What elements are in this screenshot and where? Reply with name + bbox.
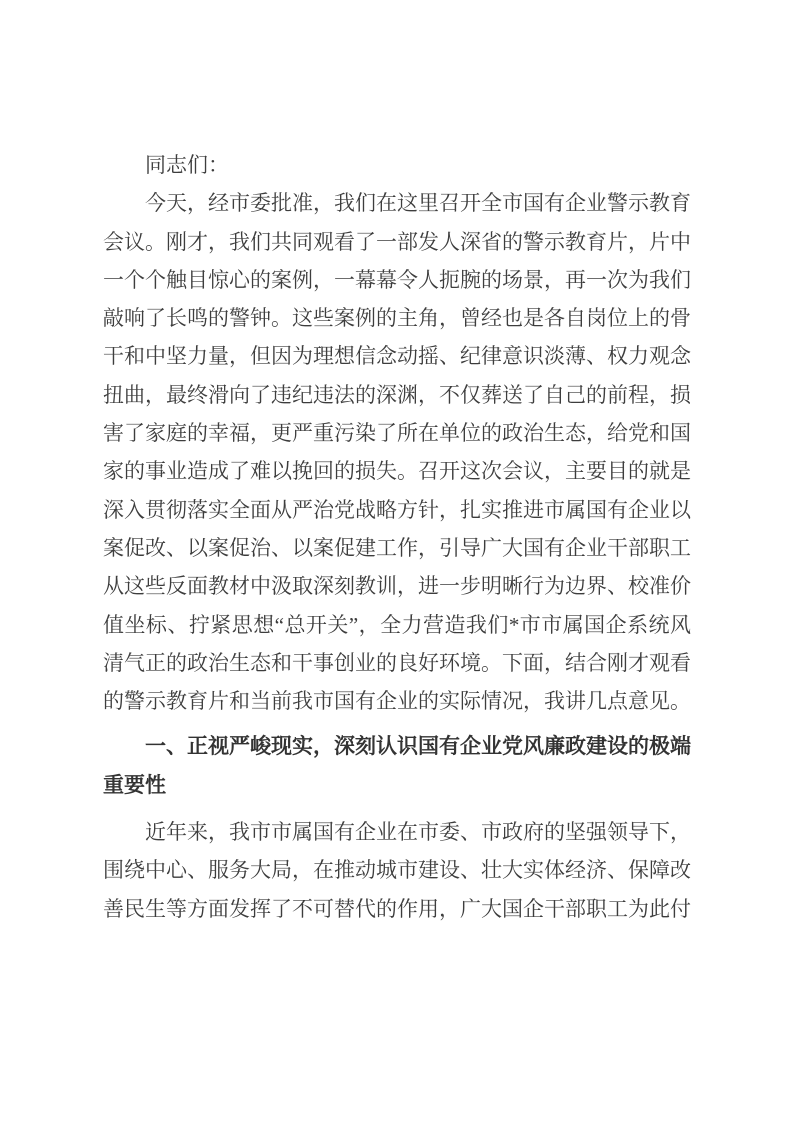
paragraph-section-1: 近年来，我市市属国有企业在市委、市政府的坚强领导下，围绕中心、服务大局，在推动城… [103, 813, 691, 928]
paragraph-intro: 今天，经市委批准，我们在这里召开全市国有企业警示教育会议。刚才，我们共同观看了一… [103, 184, 691, 720]
document-page: 同志们： 今天，经市委批准，我们在这里召开全市国有企业警示教育会议。刚才，我们共… [0, 0, 793, 1122]
salutation: 同志们： [103, 146, 691, 184]
section-1-heading: 一、正视严峻现实，深刻认识国有企业党风廉政建设的极端重要性 [103, 727, 691, 804]
